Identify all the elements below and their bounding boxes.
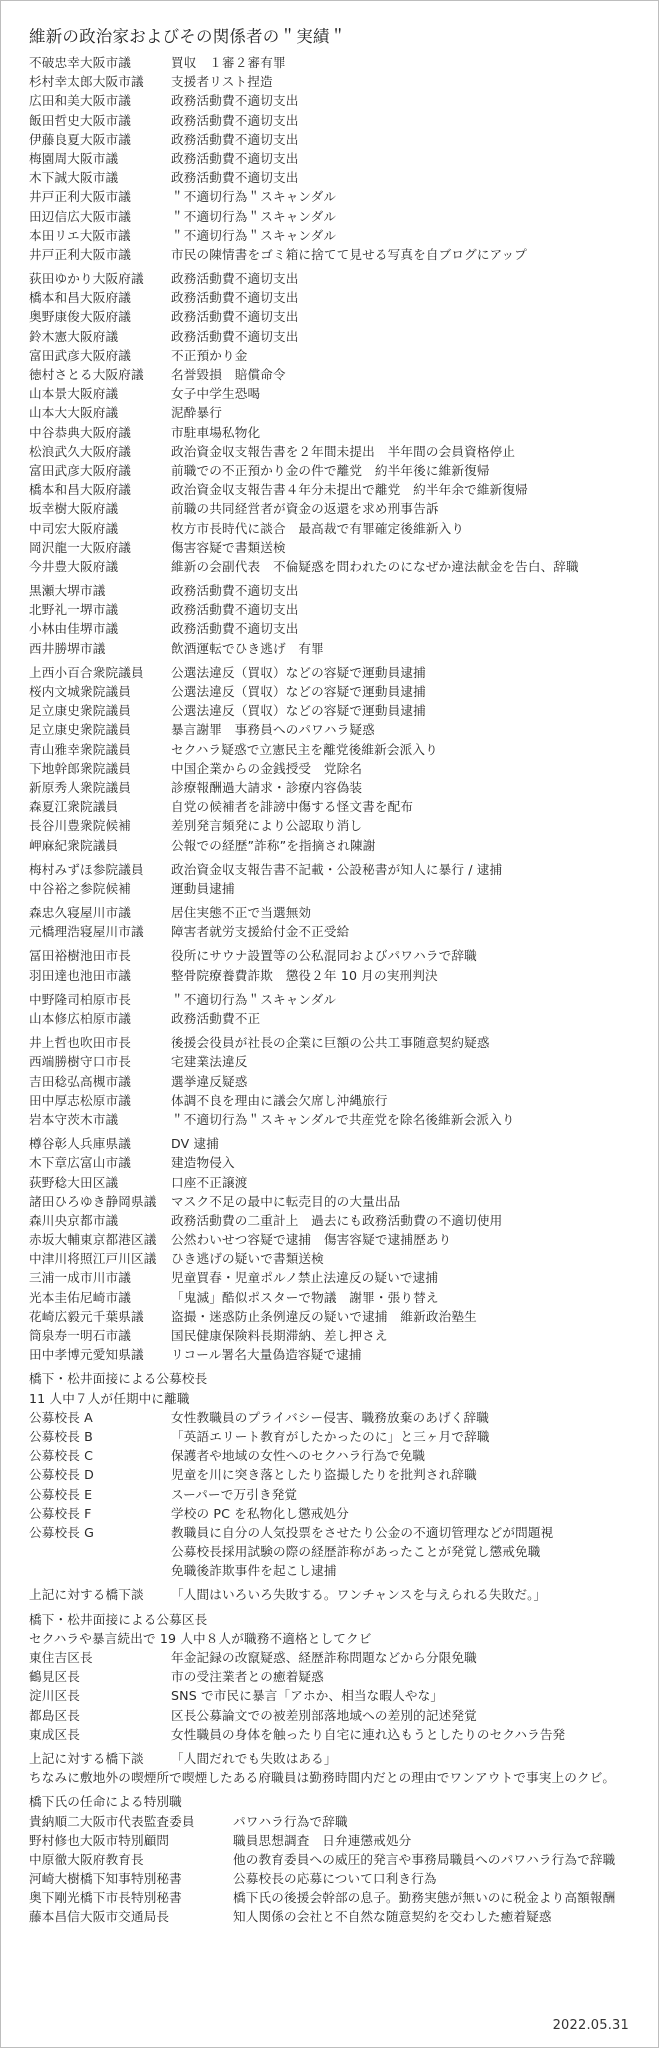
record-row: 本田リエ大阪市議＂不適切行為＂スキャンダル: [29, 226, 649, 245]
person-name: 徳村さとる大阪府議: [29, 365, 171, 384]
section-heading: 橋下・松井面接による公募区長: [29, 1610, 649, 1629]
person-name: 荻野稔大田区議: [29, 1173, 171, 1192]
incident-description: マスク不足の最中に転売目的の大量出品: [171, 1192, 649, 1211]
person-name: 富田武彦大阪府議: [29, 461, 171, 480]
person-name: 奥下剛光橋下市長特別秘書: [29, 1888, 233, 1907]
incident-description: 区長公募論文での被差別部落地域への差別的記述発覚: [171, 1706, 649, 1725]
person-name: 中原徹大阪府教育長: [29, 1850, 233, 1869]
record-row: 森夏江衆院議員自党の候補者を誹謗中傷する怪文書を配布: [29, 797, 649, 816]
person-name: 公募校長 A: [29, 1408, 171, 1427]
record-row: 筒泉寿一明石市議国民健康保険料長期滞納、差し押さえ: [29, 1326, 649, 1345]
incident-description: 政務活動費不正: [171, 1009, 649, 1028]
incident-description: 建造物侵入: [171, 1153, 649, 1172]
person-name: 吉田稔弘高槻市議: [29, 1072, 171, 1091]
ward-chiefs-list: 東住吉区長年金記録の改竄疑惑、経歴詐称問題などから分限免職鶴見区長市の受注業者と…: [29, 1648, 649, 1744]
record-group: 冨田裕樹池田市長役所にサウナ設置等の公私混同およびパワハラで辞職羽田達也池田市議…: [29, 946, 649, 984]
incident-description: 中国企業からの金銭授受 党除名: [171, 759, 649, 778]
principals-list: 公募校長 A女性教職員のプライバシー侵害、職務放棄のあげく辞職公募校長 B「英語…: [29, 1408, 649, 1581]
incident-description: 維新の会副代表 不倫疑惑を問われたのになぜか違法献金を告白、辞職: [171, 557, 649, 576]
person-name: 本田リエ大阪市議: [29, 226, 171, 245]
person-name: 岬麻紀衆院議員: [29, 836, 171, 855]
person-name: 足立康史衆院議員: [29, 720, 171, 739]
record-group: 不破忠幸大阪市議買収 １審２審有罪杉村幸太郎大阪市議支援者リスト捏造広田和美大阪…: [29, 53, 649, 264]
record-row: 田中厚志松原市議体調不良を理由に議会欠席し沖縄旅行: [29, 1091, 649, 1110]
incident-description: SNS で市民に暴言「アホか、相当な暇人やな」: [171, 1686, 649, 1705]
incident-description: 免職後詐欺事件を起こし逮捕: [171, 1561, 649, 1580]
person-name: 下地幹郎衆院議員: [29, 759, 171, 778]
record-row: 広田和美大阪市議政務活動費不適切支出: [29, 91, 649, 110]
record-group: 樽谷彰人兵庫県議DV 逮捕木下章広富山市議建造物侵入荻野稔大田区議口座不正譲渡諸…: [29, 1134, 649, 1364]
incident-description: 政務活動費不適切支出: [171, 288, 649, 307]
record-row: 富田武彦大阪府議前職での不正預かり金の件で離党 約半年後に維新復帰: [29, 461, 649, 480]
section-heading: 橋下氏の任命による特別職: [29, 1792, 649, 1811]
comment-quote: 「人間はいろいろ失敗する。ワンチャンスを与えられる失敗だ。」: [171, 1585, 649, 1604]
person-name: 広田和美大阪市議: [29, 91, 171, 110]
incident-description: 後援会役員が社長の企業に巨額の公共工事随意契約疑惑: [171, 1033, 649, 1052]
person-name: 杉村幸太郎大阪市議: [29, 72, 171, 91]
incident-description: 宅建業法違反: [171, 1052, 649, 1071]
incident-description: 障害者就労支援給付金不正受給: [171, 922, 649, 941]
comment-quote: 「人間だれでも失敗はある」: [171, 1749, 649, 1768]
incident-description: 知人関係の会社と不自然な随意契約を交わした癒着疑惑: [233, 1907, 649, 1926]
incident-description: セクハラ疑惑で立憲民主を離党後維新会派入り: [171, 740, 649, 759]
record-row: 中谷裕之参院候補運動員逮捕: [29, 879, 649, 898]
incident-description: 枚方市長時代に談合 最高裁で有罪確定後維新入り: [171, 519, 649, 538]
incident-description: 女性職員の身体を触ったり自宅に連れ込もうとしたりのセクハラ告発: [171, 1725, 649, 1744]
incident-description: 政務活動費不適切支出: [171, 111, 649, 130]
record-row: 中司宏大阪府議枚方市長時代に談合 最高裁で有罪確定後維新入り: [29, 519, 649, 538]
incident-description: 自党の候補者を誹謗中傷する怪文書を配布: [171, 797, 649, 816]
record-row: 上西小百合衆院議員公選法違反（買収）などの容疑で運動員逮捕: [29, 663, 649, 682]
record-row: 山本景大阪府議女子中学生恐喝: [29, 384, 649, 403]
person-name: 花崎広毅元千葉県議: [29, 1307, 171, 1326]
person-name: 中野隆司柏原市長: [29, 990, 171, 1009]
record-row: 木下章広富山市議建造物侵入: [29, 1153, 649, 1172]
person-name: 梅村みずほ参院議員: [29, 860, 171, 879]
record-row: 森川央京都市議政務活動費の二重計上 過去にも政務活動費の不適切使用: [29, 1211, 649, 1230]
record-row: 藤本昌信大阪市交通局長知人関係の会社と不自然な随意契約を交わした癒着疑惑: [29, 1907, 649, 1926]
person-name: 橋本和昌大阪府議: [29, 288, 171, 307]
record-row: 奥下剛光橋下市長特別秘書橋下氏の後援会幹部の息子。勤務実態が無いのに税金より高額…: [29, 1888, 649, 1907]
special-appointees-list: 貴納順二大阪市代表監査委員パワハラ行為で辞職野村修也大阪市特別顧問職員思想調査 …: [29, 1812, 649, 1927]
incident-description: 公報での経歴”詐称”を指摘され陳謝: [171, 836, 649, 855]
person-name: 東住吉区長: [29, 1648, 171, 1667]
record-row: 野村修也大阪市特別顧問職員思想調査 日弁連懲戒処分: [29, 1831, 649, 1850]
person-name: 野村修也大阪市特別顧問: [29, 1831, 233, 1850]
incident-description: 女性教職員のプライバシー侵害、職務放棄のあげく辞職: [171, 1408, 649, 1427]
incident-description: 「英語エリート教育がしたかったのに」と三ヶ月で辞職: [171, 1427, 649, 1446]
incident-description: 傷害容疑で書類送検: [171, 538, 649, 557]
record-row: 岩本守茨木市議＂不適切行為＂スキャンダルで共産党を除名後維新会派入り: [29, 1110, 649, 1129]
person-name: 中谷恭典大阪府議: [29, 423, 171, 442]
record-row: 伊藤良夏大阪市議政務活動費不適切支出: [29, 130, 649, 149]
incident-description: 政務活動費不適切支出: [171, 581, 649, 600]
page-title: 維新の政治家およびその関係者の＂実績＂: [29, 25, 649, 51]
record-row: 下地幹郎衆院議員中国企業からの金銭授受 党除名: [29, 759, 649, 778]
comment-speaker: 上記に対する橋下談: [29, 1585, 171, 1604]
person-name: 岡沢龍一大阪府議: [29, 538, 171, 557]
person-name: 長谷川豊衆院候補: [29, 816, 171, 835]
incident-description: 教職員に自分の人気投票をさせたり公金の不適切管理などが問題視: [171, 1523, 649, 1542]
person-name: 新原秀人衆院議員: [29, 778, 171, 797]
comment-row: 上記に対する橋下談 「人間はいろいろ失敗する。ワンチャンスを与えられる失敗だ。」: [29, 1585, 649, 1604]
record-row: 森忠久寝屋川市議居住実態不正で当選無効: [29, 903, 649, 922]
person-name: 樽谷彰人兵庫県議: [29, 1134, 171, 1153]
record-row: 今井豊大阪府議維新の会副代表 不倫疑惑を問われたのになぜか違法献金を告白、辞職: [29, 557, 649, 576]
person-name: 公募校長 C: [29, 1446, 171, 1465]
section-subheading: セクハラや暴言続出で 19 人中８人が職務不適格としてクビ: [29, 1629, 649, 1648]
record-row: 井戸正利大阪市議＂不適切行為＂スキャンダル: [29, 187, 649, 206]
incident-description: 政務活動費不適切支出: [171, 619, 649, 638]
incident-description: 女子中学生恐喝: [171, 384, 649, 403]
record-row: 井戸正利大阪市議市民の陳情書をゴミ箱に捨てて見せる写真を自ブログにアップ: [29, 245, 649, 264]
record-row: 松浪武久大阪府議政治資金収支報告書を２年間未提出 半年間の会員資格停止: [29, 442, 649, 461]
record-group: 黒瀬大堺市議政務活動費不適切支出北野礼一堺市議政務活動費不適切支出小林由佳堺市議…: [29, 581, 649, 658]
record-group: 井上哲也吹田市長後援会役員が社長の企業に巨額の公共工事随意契約疑惑西端勝樹守口市…: [29, 1033, 649, 1129]
record-row: 元橋理浩寝屋川市議障害者就労支援給付金不正受給: [29, 922, 649, 941]
section-subheading: 11 人中７人が任期中に離職: [29, 1389, 649, 1408]
record-row: 樽谷彰人兵庫県議DV 逮捕: [29, 1134, 649, 1153]
person-name: 不破忠幸大阪市議: [29, 53, 171, 72]
person-name: 元橋理浩寝屋川市議: [29, 922, 171, 941]
incident-description: 公選法違反（買収）などの容疑で運動員逮捕: [171, 682, 649, 701]
incident-description: 盗撮・迷惑防止条例違反の疑いで逮捕 維新政治塾生: [171, 1307, 649, 1326]
incident-description: 支援者リスト捏造: [171, 72, 649, 91]
incident-description: ＂不適切行為＂スキャンダル: [171, 207, 649, 226]
record-row: 桜内文城衆院議員公選法違反（買収）などの容疑で運動員逮捕: [29, 682, 649, 701]
record-row: 足立康史衆院議員公選法違反（買収）などの容疑で運動員逮捕: [29, 701, 649, 720]
section-heading: 橋下・松井面接による公募校長: [29, 1369, 649, 1388]
incident-description: 診療報酬過大請求・診療内容偽装: [171, 778, 649, 797]
person-name: 公募校長 B: [29, 1427, 171, 1446]
person-name: 青山雅幸衆院議員: [29, 740, 171, 759]
incident-description: リコール署名大量偽造容疑で逮捕: [171, 1345, 649, 1364]
incident-description: 公選法違反（買収）などの容疑で運動員逮捕: [171, 701, 649, 720]
record-row: 公募校長 B「英語エリート教育がしたかったのに」と三ヶ月で辞職: [29, 1427, 649, 1446]
record-row: 田中孝博元愛知県議リコール署名大量偽造容疑で逮捕: [29, 1345, 649, 1364]
person-name: 橋本和昌大阪府議: [29, 480, 171, 499]
person-name: [29, 1561, 171, 1580]
incident-description: 名誉毀損 賠償命令: [171, 365, 649, 384]
record-row: 東住吉区長年金記録の改竄疑惑、経歴詐称問題などから分限免職: [29, 1648, 649, 1667]
record-groups: 不破忠幸大阪市議買収 １審２審有罪杉村幸太郎大阪市議支援者リスト捏造広田和美大阪…: [29, 53, 649, 1364]
record-row: 冨田裕樹池田市長役所にサウナ設置等の公私混同およびパワハラで辞職: [29, 946, 649, 965]
record-row: 奥野康俊大阪府議政務活動費不適切支出: [29, 307, 649, 326]
person-name: 山本景大阪府議: [29, 384, 171, 403]
record-group: 荻田ゆかり大阪府議政務活動費不適切支出橋本和昌大阪府議政務活動費不適切支出奥野康…: [29, 269, 649, 576]
incident-description: 運動員逮捕: [171, 879, 649, 898]
person-name: 小林由佳堺市議: [29, 619, 171, 638]
person-name: 森川央京都市議: [29, 1211, 171, 1230]
person-name: 松浪武久大阪府議: [29, 442, 171, 461]
person-name: 三浦一成市川市議: [29, 1268, 171, 1287]
record-row: 徳村さとる大阪府議名誉毀損 賠償命令: [29, 365, 649, 384]
special-appointees-section: 橋下氏の任命による特別職 貴納順二大阪市代表監査委員パワハラ行為で辞職野村修也大…: [29, 1792, 649, 1926]
person-name: 井戸正利大阪市議: [29, 187, 171, 206]
incident-description: 泥酔暴行: [171, 403, 649, 422]
incident-description: 公募校長の応募について口利き行為: [233, 1869, 649, 1888]
person-name: 藤本昌信大阪市交通局長: [29, 1907, 233, 1926]
incident-description: ＂不適切行為＂スキャンダル: [171, 187, 649, 206]
person-name: 田辺信広大阪市議: [29, 207, 171, 226]
incident-description: 保護者や地域の女性へのセクハラ行為で免職: [171, 1446, 649, 1465]
record-row: 中津川将照江戸川区議ひき逃げの疑いで書類送検: [29, 1249, 649, 1268]
ward-chiefs-comment: 上記に対する橋下談 「人間だれでも失敗はある」 ちなみに敷地外の喫煙所で喫煙した…: [29, 1749, 649, 1787]
incident-description: 差別発言頻発により公認取り消し: [171, 816, 649, 835]
record-row: 鈴木憲大阪府議政務活動費不適切支出: [29, 327, 649, 346]
record-row: 貴納順二大阪市代表監査委員パワハラ行為で辞職: [29, 1812, 649, 1831]
document-content: 維新の政治家およびその関係者の＂実績＂ 不破忠幸大阪市議買収 １審２審有罪杉村幸…: [29, 25, 649, 1932]
record-row: 都島区長区長公募論文での被差別部落地域への差別的記述発覚: [29, 1706, 649, 1725]
record-row: 公募校長 Eスーパーで万引き発覚: [29, 1485, 649, 1504]
record-row: 公募校長 G教職員に自分の人気投票をさせたり公金の不適切管理などが問題視: [29, 1523, 649, 1542]
incident-description: 政務活動費の二重計上 過去にも政務活動費の不適切使用: [171, 1211, 649, 1230]
incident-description: 政治資金収支報告書４年分未提出で離党 約半年余で維新復帰: [171, 480, 649, 499]
incident-description: 市駐車場私物化: [171, 423, 649, 442]
incident-description: 年金記録の改竄疑惑、経歴詐称問題などから分限免職: [171, 1648, 649, 1667]
person-name: 山本修広柏原市議: [29, 1009, 171, 1028]
incident-description: 職員思想調査 日弁連懲戒処分: [233, 1831, 649, 1850]
record-row: 富田武彦大阪府議不正預かり金: [29, 346, 649, 365]
record-row: 坂幸樹大阪府議前職の共同経営者が資金の返還を求め刑事告訴: [29, 499, 649, 518]
person-name: [29, 1542, 171, 1561]
person-name: 黒瀬大堺市議: [29, 581, 171, 600]
record-row: 木下誠大阪市議政務活動費不適切支出: [29, 168, 649, 187]
person-name: 荻田ゆかり大阪府議: [29, 269, 171, 288]
record-row: 鶴見区長市の受注業者との癒着疑惑: [29, 1667, 649, 1686]
incident-description: 整骨院療養費詐欺 懲役２年 10 月の実刑判決: [171, 966, 649, 985]
person-name: 木下誠大阪市議: [29, 168, 171, 187]
person-name: 都島区長: [29, 1706, 171, 1725]
incident-description: 政務活動費不適切支出: [171, 149, 649, 168]
record-row: 三浦一成市川市議児童買春・児童ポルノ禁止法違反の疑いで逮捕: [29, 1268, 649, 1287]
record-row: 橋本和昌大阪府議政務活動費不適切支出: [29, 288, 649, 307]
person-name: 中谷裕之参院候補: [29, 879, 171, 898]
incident-description: 公然わいせつ容疑で逮捕 傷害容疑で逮捕歴あり: [171, 1230, 649, 1249]
person-name: 鈴木憲大阪府議: [29, 327, 171, 346]
record-row: 山本修広柏原市議政務活動費不正: [29, 1009, 649, 1028]
record-row: 北野礼一堺市議政務活動費不適切支出: [29, 600, 649, 619]
incident-description: 政務活動費不適切支出: [171, 91, 649, 110]
incident-description: 公募校長採用試験の際の経歴詐称があったことが発覚し懲戒免職: [171, 1542, 649, 1561]
note-text: ちなみに敷地外の喫煙所で喫煙したある府職員は勤務時間内だとの理由でワンアウトで事…: [29, 1768, 649, 1787]
comment-row: 上記に対する橋下談 「人間だれでも失敗はある」: [29, 1749, 649, 1768]
person-name: 井戸正利大阪市議: [29, 245, 171, 264]
person-name: 飯田哲史大阪市議: [29, 111, 171, 130]
record-row: 河崎大樹橋下知事特別秘書公募校長の応募について口利き行為: [29, 1869, 649, 1888]
person-name: 鶴見区長: [29, 1667, 171, 1686]
incident-description: スーパーで万引き発覚: [171, 1485, 649, 1504]
incident-description: ひき逃げの疑いで書類送検: [171, 1249, 649, 1268]
record-row: 不破忠幸大阪市議買収 １審２審有罪: [29, 53, 649, 72]
record-row: 岡沢龍一大阪府議傷害容疑で書類送検: [29, 538, 649, 557]
record-row: 井上哲也吹田市長後援会役員が社長の企業に巨額の公共工事随意契約疑惑: [29, 1033, 649, 1052]
record-row: 公募校長 D児童を川に突き落としたり盗撮したりを批判され辞職: [29, 1465, 649, 1484]
record-row: 黒瀬大堺市議政務活動費不適切支出: [29, 581, 649, 600]
incident-description: パワハラ行為で辞職: [233, 1812, 649, 1831]
incident-description: 口座不正譲渡: [171, 1173, 649, 1192]
incident-description: 国民健康保険料長期滞納、差し押さえ: [171, 1326, 649, 1345]
ward-chiefs-section: 橋下・松井面接による公募区長 セクハラや暴言続出で 19 人中８人が職務不適格と…: [29, 1610, 649, 1744]
person-name: 木下章広富山市議: [29, 1153, 171, 1172]
incident-description: ＂不適切行為＂スキャンダル: [171, 226, 649, 245]
incident-description: 役所にサウナ設置等の公私混同およびパワハラで辞職: [171, 946, 649, 965]
record-row: 公募校長 C保護者や地域の女性へのセクハラ行為で免職: [29, 1446, 649, 1465]
record-row: 荻田ゆかり大阪府議政務活動費不適切支出: [29, 269, 649, 288]
person-name: 田中孝博元愛知県議: [29, 1345, 171, 1364]
person-name: 光本圭佑尼崎市議: [29, 1288, 171, 1307]
incident-description: 体調不良を理由に議会欠席し沖縄旅行: [171, 1091, 649, 1110]
incident-description: 政務活動費不適切支出: [171, 307, 649, 326]
incident-description: 政治資金収支報告書不記載・公設秘書が知人に暴行 / 逮捕: [171, 860, 649, 879]
person-name: 西端勝樹守口市長: [29, 1052, 171, 1071]
person-name: 奥野康俊大阪府議: [29, 307, 171, 326]
incident-description: 児童を川に突き落としたり盗撮したりを批判され辞職: [171, 1465, 649, 1484]
record-row: 西端勝樹守口市長宅建業法違反: [29, 1052, 649, 1071]
person-name: 中司宏大阪府議: [29, 519, 171, 538]
record-row: 飯田哲史大阪市議政務活動費不適切支出: [29, 111, 649, 130]
record-row: 吉田稔弘高槻市議選挙違反疑惑: [29, 1072, 649, 1091]
incident-description: 児童買春・児童ポルノ禁止法違反の疑いで逮捕: [171, 1268, 649, 1287]
record-row: 公募校長採用試験の際の経歴詐称があったことが発覚し懲戒免職: [29, 1542, 649, 1561]
record-row: 梅村みずほ参院議員政治資金収支報告書不記載・公設秘書が知人に暴行 / 逮捕: [29, 860, 649, 879]
record-row: 田辺信広大阪市議＂不適切行為＂スキャンダル: [29, 207, 649, 226]
person-name: 羽田達也池田市議: [29, 966, 171, 985]
record-row: 長谷川豊衆院候補差別発言頻発により公認取り消し: [29, 816, 649, 835]
person-name: 富田武彦大阪府議: [29, 346, 171, 365]
record-row: 諸田ひろゆき静岡県議マスク不足の最中に転売目的の大量出品: [29, 1192, 649, 1211]
person-name: 諸田ひろゆき静岡県議: [29, 1192, 171, 1211]
person-name: 赤坂大輔東京都港区議: [29, 1230, 171, 1249]
incident-description: 政治資金収支報告書を２年間未提出 半年間の会員資格停止: [171, 442, 649, 461]
record-row: 新原秀人衆院議員診療報酬過大請求・診療内容偽装: [29, 778, 649, 797]
record-row: 光本圭佑尼崎市議「鬼滅」酷似ポスターで物議 謝罪・張り替え: [29, 1288, 649, 1307]
person-name: 梅園周大阪市議: [29, 149, 171, 168]
record-row: 中野隆司柏原市長＂不適切行為＂スキャンダル: [29, 990, 649, 1009]
record-group: 上西小百合衆院議員公選法違反（買収）などの容疑で運動員逮捕桜内文城衆院議員公選法…: [29, 663, 649, 855]
principals-section: 橋下・松井面接による公募校長 11 人中７人が任期中に離職 公募校長 A女性教職…: [29, 1369, 649, 1580]
person-name: 筒泉寿一明石市議: [29, 1326, 171, 1345]
date-stamp: 2022.05.31: [553, 2017, 629, 2035]
person-name: 森夏江衆院議員: [29, 797, 171, 816]
document-frame: 維新の政治家およびその関係者の＂実績＂ 不破忠幸大阪市議買収 １審２審有罪杉村幸…: [0, 0, 659, 2048]
person-name: 足立康史衆院議員: [29, 701, 171, 720]
incident-description: 前職での不正預かり金の件で離党 約半年後に維新復帰: [171, 461, 649, 480]
incident-description: 学校の PC を私物化し懲戒処分: [171, 1504, 649, 1523]
person-name: 公募校長 E: [29, 1485, 171, 1504]
person-name: 公募校長 G: [29, 1523, 171, 1542]
record-row: 橋本和昌大阪府議政治資金収支報告書４年分未提出で離党 約半年余で維新復帰: [29, 480, 649, 499]
record-row: 公募校長 A女性教職員のプライバシー侵害、職務放棄のあげく辞職: [29, 1408, 649, 1427]
record-row: 羽田達也池田市議整骨院療養費詐欺 懲役２年 10 月の実刑判決: [29, 966, 649, 985]
incident-description: DV 逮捕: [171, 1134, 649, 1153]
incident-description: ＂不適切行為＂スキャンダル: [171, 990, 649, 1009]
person-name: 井上哲也吹田市長: [29, 1033, 171, 1052]
incident-description: 市の受注業者との癒着疑惑: [171, 1667, 649, 1686]
incident-description: 政務活動費不適切支出: [171, 327, 649, 346]
record-group: 梅村みずほ参院議員政治資金収支報告書不記載・公設秘書が知人に暴行 / 逮捕中谷裕…: [29, 860, 649, 898]
principals-comment: 上記に対する橋下談 「人間はいろいろ失敗する。ワンチャンスを与えられる失敗だ。」: [29, 1585, 649, 1604]
record-row: 山本大大阪府議泥酔暴行: [29, 403, 649, 422]
incident-description: 飲酒運転でひき逃げ 有罪: [171, 639, 649, 658]
incident-description: ＂不適切行為＂スキャンダルで共産党を除名後維新会派入り: [171, 1110, 649, 1129]
person-name: 森忠久寝屋川市議: [29, 903, 171, 922]
person-name: 山本大大阪府議: [29, 403, 171, 422]
person-name: 伊藤良夏大阪市議: [29, 130, 171, 149]
person-name: 冨田裕樹池田市長: [29, 946, 171, 965]
person-name: 中津川将照江戸川区議: [29, 1249, 171, 1268]
incident-description: 政務活動費不適切支出: [171, 168, 649, 187]
person-name: 桜内文城衆院議員: [29, 682, 171, 701]
incident-description: 「鬼滅」酷似ポスターで物議 謝罪・張り替え: [171, 1288, 649, 1307]
person-name: 貴納順二大阪市代表監査委員: [29, 1812, 233, 1831]
record-row: 荻野稔大田区議口座不正譲渡: [29, 1173, 649, 1192]
incident-description: 居住実態不正で当選無効: [171, 903, 649, 922]
incident-description: 市民の陳情書をゴミ箱に捨てて見せる写真を自ブログにアップ: [171, 245, 649, 264]
record-row: 東成区長女性職員の身体を触ったり自宅に連れ込もうとしたりのセクハラ告発: [29, 1725, 649, 1744]
record-row: 中谷恭典大阪府議市駐車場私物化: [29, 423, 649, 442]
person-name: 田中厚志松原市議: [29, 1091, 171, 1110]
incident-description: 政務活動費不適切支出: [171, 130, 649, 149]
person-name: 北野礼一堺市議: [29, 600, 171, 619]
record-row: 淀川区長SNS で市民に暴言「アホか、相当な暇人やな」: [29, 1686, 649, 1705]
person-name: 淀川区長: [29, 1686, 171, 1705]
record-row: 岬麻紀衆院議員公報での経歴”詐称”を指摘され陳謝: [29, 836, 649, 855]
person-name: 今井豊大阪府議: [29, 557, 171, 576]
person-name: 東成区長: [29, 1725, 171, 1744]
person-name: 河崎大樹橋下知事特別秘書: [29, 1869, 233, 1888]
incident-description: 暴言謝罪 事務員へのパワハラ疑惑: [171, 720, 649, 739]
person-name: 坂幸樹大阪府議: [29, 499, 171, 518]
record-row: 青山雅幸衆院議員セクハラ疑惑で立憲民主を離党後維新会派入り: [29, 740, 649, 759]
record-row: 梅園周大阪市議政務活動費不適切支出: [29, 149, 649, 168]
person-name: 公募校長 D: [29, 1465, 171, 1484]
incident-description: 他の教育委員への威圧的発言や事務局職員へのパワハラ行為で辞職: [233, 1850, 649, 1869]
incident-description: 選挙違反疑惑: [171, 1072, 649, 1091]
incident-description: 前職の共同経営者が資金の返還を求め刑事告訴: [171, 499, 649, 518]
record-row: 杉村幸太郎大阪市議支援者リスト捏造: [29, 72, 649, 91]
incident-description: 政務活動費不適切支出: [171, 269, 649, 288]
record-row: 花崎広毅元千葉県議盗撮・迷惑防止条例違反の疑いで逮捕 維新政治塾生: [29, 1307, 649, 1326]
incident-description: 買収 １審２審有罪: [171, 53, 649, 72]
person-name: 公募校長 F: [29, 1504, 171, 1523]
record-row: 免職後詐欺事件を起こし逮捕: [29, 1561, 649, 1580]
incident-description: 政務活動費不適切支出: [171, 600, 649, 619]
record-group: 中野隆司柏原市長＂不適切行為＂スキャンダル山本修広柏原市議政務活動費不正: [29, 990, 649, 1028]
incident-description: 不正預かり金: [171, 346, 649, 365]
incident-description: 公選法違反（買収）などの容疑で運動員逮捕: [171, 663, 649, 682]
record-row: 公募校長 F学校の PC を私物化し懲戒処分: [29, 1504, 649, 1523]
record-row: 西井勝堺市議飲酒運転でひき逃げ 有罪: [29, 639, 649, 658]
record-row: 中原徹大阪府教育長他の教育委員への威圧的発言や事務局職員へのパワハラ行為で辞職: [29, 1850, 649, 1869]
record-row: 赤坂大輔東京都港区議公然わいせつ容疑で逮捕 傷害容疑で逮捕歴あり: [29, 1230, 649, 1249]
person-name: 岩本守茨木市議: [29, 1110, 171, 1129]
record-row: 小林由佳堺市議政務活動費不適切支出: [29, 619, 649, 638]
record-row: 足立康史衆院議員暴言謝罪 事務員へのパワハラ疑惑: [29, 720, 649, 739]
incident-description: 橋下氏の後援会幹部の息子。勤務実態が無いのに税金より高額報酬: [233, 1888, 649, 1907]
comment-speaker: 上記に対する橋下談: [29, 1749, 171, 1768]
record-group: 森忠久寝屋川市議居住実態不正で当選無効元橋理浩寝屋川市議障害者就労支援給付金不正…: [29, 903, 649, 941]
person-name: 西井勝堺市議: [29, 639, 171, 658]
person-name: 上西小百合衆院議員: [29, 663, 171, 682]
